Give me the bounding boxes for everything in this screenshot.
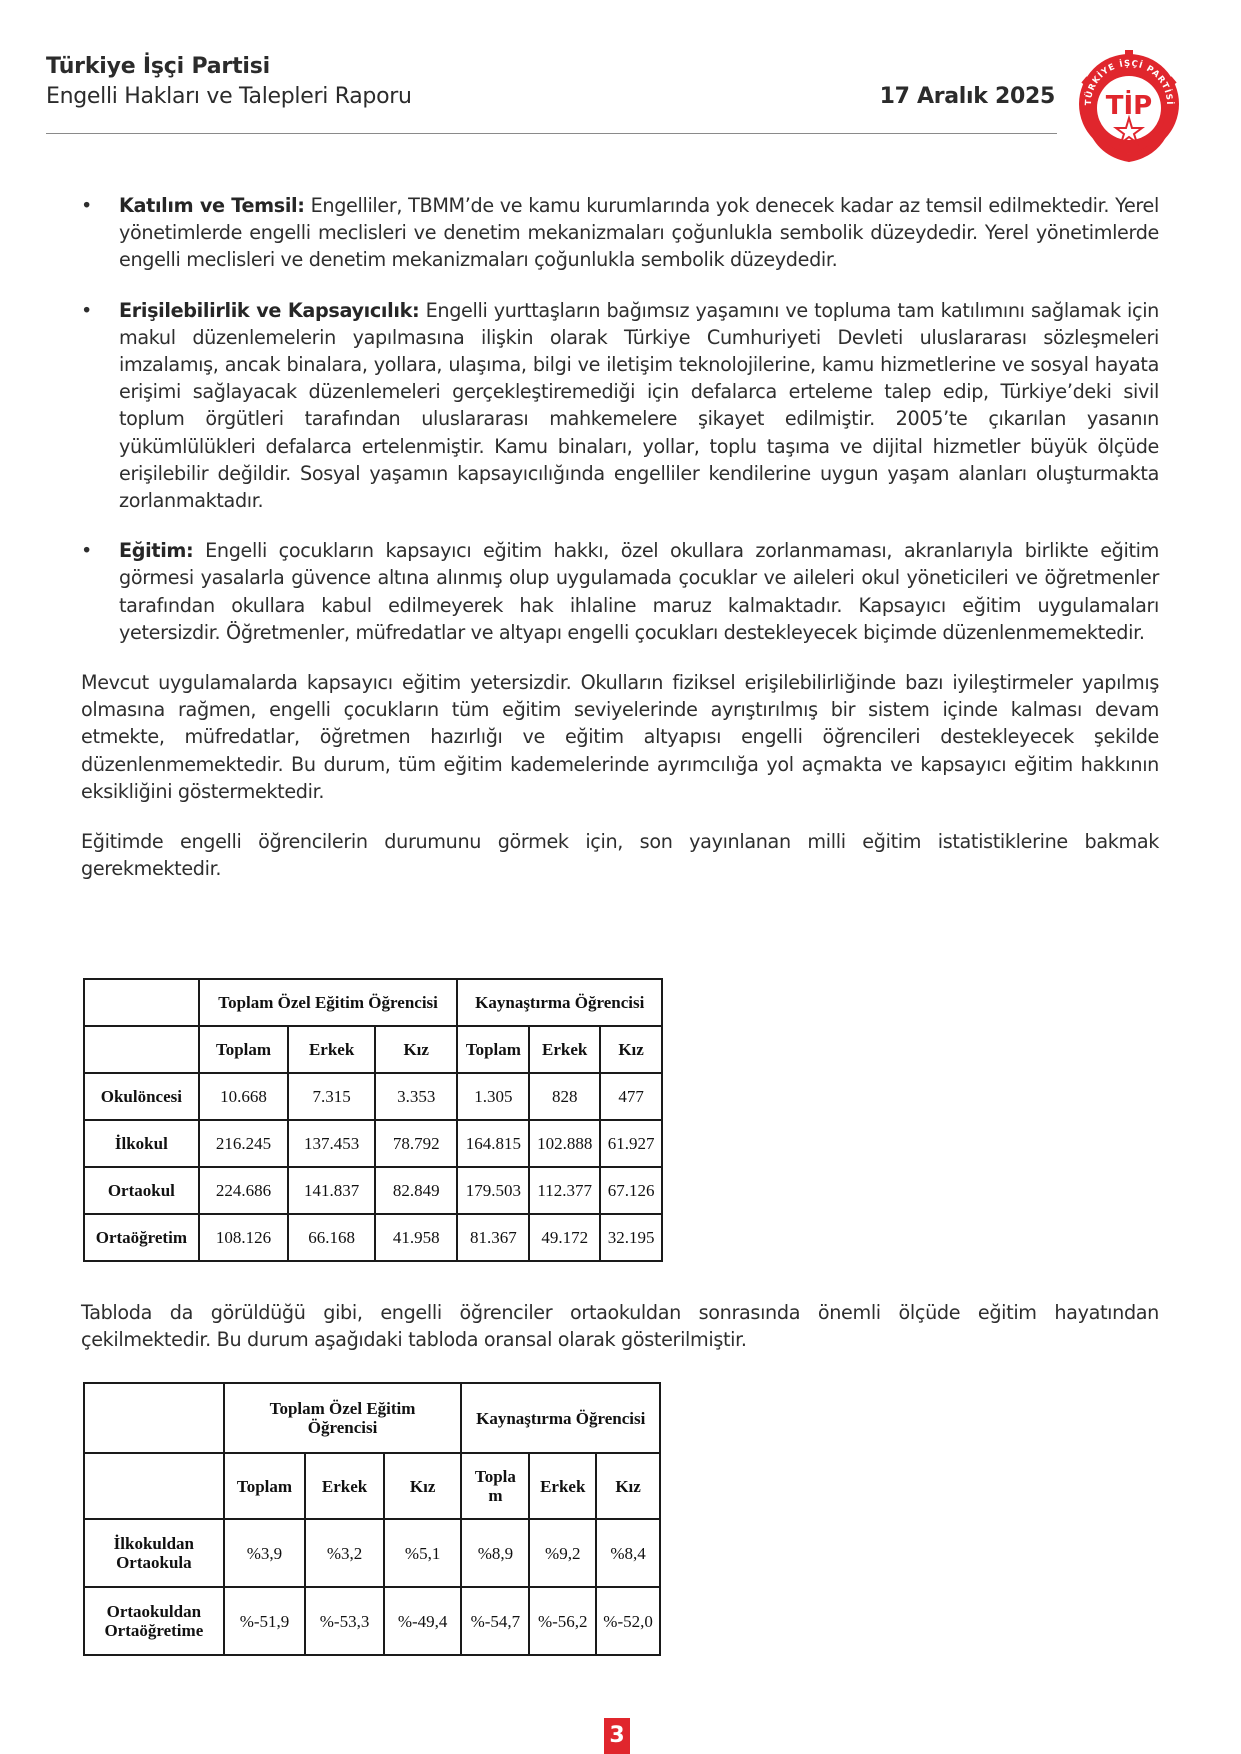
column-header: Erkek: [288, 1026, 375, 1073]
cell: 66.168: [288, 1214, 375, 1261]
bullet-education: • Eğitim: Engelli çocukların kapsayıcı e…: [81, 537, 1159, 646]
bullet-text: Engelli çocukların kapsayıcı eğitim hakk…: [119, 539, 1159, 644]
table-row: Ortaokul 224.686 141.837 82.849 179.503 …: [84, 1167, 662, 1214]
paragraph-statistics-intro: Eğitimde engelli öğrencilerin durumunu g…: [81, 828, 1159, 882]
bullet-dot: •: [81, 537, 92, 564]
cell: 216.245: [199, 1120, 289, 1167]
cell: 1.305: [457, 1073, 529, 1120]
cell: %-56,2: [529, 1587, 596, 1655]
cell: 112.377: [529, 1167, 600, 1214]
group-header: Toplam Özel Eğitim Öğrencisi: [199, 979, 458, 1026]
empty-header-cell: [84, 1383, 224, 1453]
column-header: Topla m: [461, 1453, 529, 1519]
cell: 67.126: [600, 1167, 662, 1214]
bullet-dot: •: [81, 297, 92, 324]
cell: %9,2: [529, 1519, 596, 1587]
table-row: Okulöncesi 10.668 7.315 3.353 1.305 828 …: [84, 1073, 662, 1120]
cell: %8,4: [596, 1519, 660, 1587]
cell: 179.503: [457, 1167, 529, 1214]
bullet-accessibility: • Erişilebilirlik ve Kapsayıcılık: Engel…: [81, 297, 1159, 515]
cell: 102.888: [529, 1120, 600, 1167]
cell: 10.668: [199, 1073, 289, 1120]
report-body: • Katılım ve Temsil: Engelliler, TBMM’de…: [81, 192, 1159, 905]
column-header: Kız: [384, 1453, 462, 1519]
cell: 477: [600, 1073, 662, 1120]
row-label: Okulöncesi: [84, 1073, 199, 1120]
header-subtitle: Engelli Hakları ve Talepleri Raporu: [46, 84, 412, 109]
cell: 108.126: [199, 1214, 289, 1261]
column-header: Toplam: [224, 1453, 306, 1519]
column-header: Toplam: [199, 1026, 289, 1073]
column-header: Kız: [596, 1453, 660, 1519]
cell: %-54,7: [461, 1587, 529, 1655]
cell: 78.792: [375, 1120, 458, 1167]
bullet-dot: •: [81, 192, 92, 219]
cell: 49.172: [529, 1214, 600, 1261]
row-label: Ortaokuldan Ortaöğretime: [84, 1587, 224, 1655]
table-row: Ortaöğretim 108.126 66.168 41.958 81.367…: [84, 1214, 662, 1261]
column-header: Kız: [600, 1026, 662, 1073]
bullet-term: Eğitim:: [119, 539, 193, 562]
page-number: 3: [604, 1718, 630, 1754]
header-title: Türkiye İşçi Partisi: [46, 54, 270, 79]
group-header: Kaynaştırma Öğrencisi: [457, 979, 662, 1026]
cell: 7.315: [288, 1073, 375, 1120]
bullet-term: Erişilebilirlik ve Kapsayıcılık:: [119, 299, 419, 322]
cell: 137.453: [288, 1120, 375, 1167]
cell: %8,9: [461, 1519, 529, 1587]
cell: 32.195: [600, 1214, 662, 1261]
column-header: Kız: [375, 1026, 458, 1073]
cell: 164.815: [457, 1120, 529, 1167]
party-emblem-icon: TÜRKİYE İŞÇİ PARTİSİ TİP: [1075, 48, 1183, 163]
cell: 41.958: [375, 1214, 458, 1261]
table-row: İlkokul 216.245 137.453 78.792 164.815 1…: [84, 1120, 662, 1167]
cell: %-49,4: [384, 1587, 462, 1655]
cell: %5,1: [384, 1519, 462, 1587]
cell: 224.686: [199, 1167, 289, 1214]
row-label: İlkokuldan Ortaokula: [84, 1519, 224, 1587]
cell: %-53,3: [305, 1587, 384, 1655]
row-label: İlkokul: [84, 1120, 199, 1167]
transition-rates-table: Toplam Özel Eğitim Öğrencisi Kaynaştırma…: [83, 1382, 661, 1656]
cell: %3,2: [305, 1519, 384, 1587]
column-header: Erkek: [529, 1026, 600, 1073]
bullet-participation: • Katılım ve Temsil: Engelliler, TBMM’de…: [81, 192, 1159, 274]
cell: 828: [529, 1073, 600, 1120]
column-header: Erkek: [529, 1453, 596, 1519]
empty-header-cell: [84, 979, 199, 1026]
paragraph-table-commentary: Tabloda da görüldüğü gibi, engelli öğren…: [81, 1299, 1159, 1353]
cell: %3,9: [224, 1519, 306, 1587]
group-header: Toplam Özel Eğitim Öğrencisi: [224, 1383, 462, 1453]
table-row: Ortaokuldan Ortaöğretime %-51,9 %-53,3 %…: [84, 1587, 660, 1655]
table-row: İlkokuldan Ortaokula %3,9 %3,2 %5,1 %8,9…: [84, 1519, 660, 1587]
cell: 82.849: [375, 1167, 458, 1214]
cell: %-51,9: [224, 1587, 306, 1655]
empty-header-cell: [84, 1453, 224, 1519]
column-header: Erkek: [305, 1453, 384, 1519]
cell: 81.367: [457, 1214, 529, 1261]
group-header: Kaynaştırma Öğrencisi: [461, 1383, 660, 1453]
row-label: Ortaokul: [84, 1167, 199, 1214]
column-header: Toplam: [457, 1026, 529, 1073]
special-education-students-table: Toplam Özel Eğitim Öğrencisi Kaynaştırma…: [83, 978, 663, 1262]
cell: %-52,0: [596, 1587, 660, 1655]
cell: 61.927: [600, 1120, 662, 1167]
cell: 3.353: [375, 1073, 458, 1120]
empty-header-cell: [84, 1026, 199, 1073]
paragraph-inclusive-education: Mevcut uygulamalarda kapsayıcı eğitim ye…: [81, 669, 1159, 805]
header-divider: [46, 133, 1057, 134]
header-date: 17 Aralık 2025: [880, 84, 1055, 109]
row-label: Ortaöğretim: [84, 1214, 199, 1261]
cell: 141.837: [288, 1167, 375, 1214]
bullet-text: Engelli yurttaşların bağımsız yaşamını v…: [119, 299, 1159, 512]
bullet-term: Katılım ve Temsil:: [119, 194, 305, 217]
